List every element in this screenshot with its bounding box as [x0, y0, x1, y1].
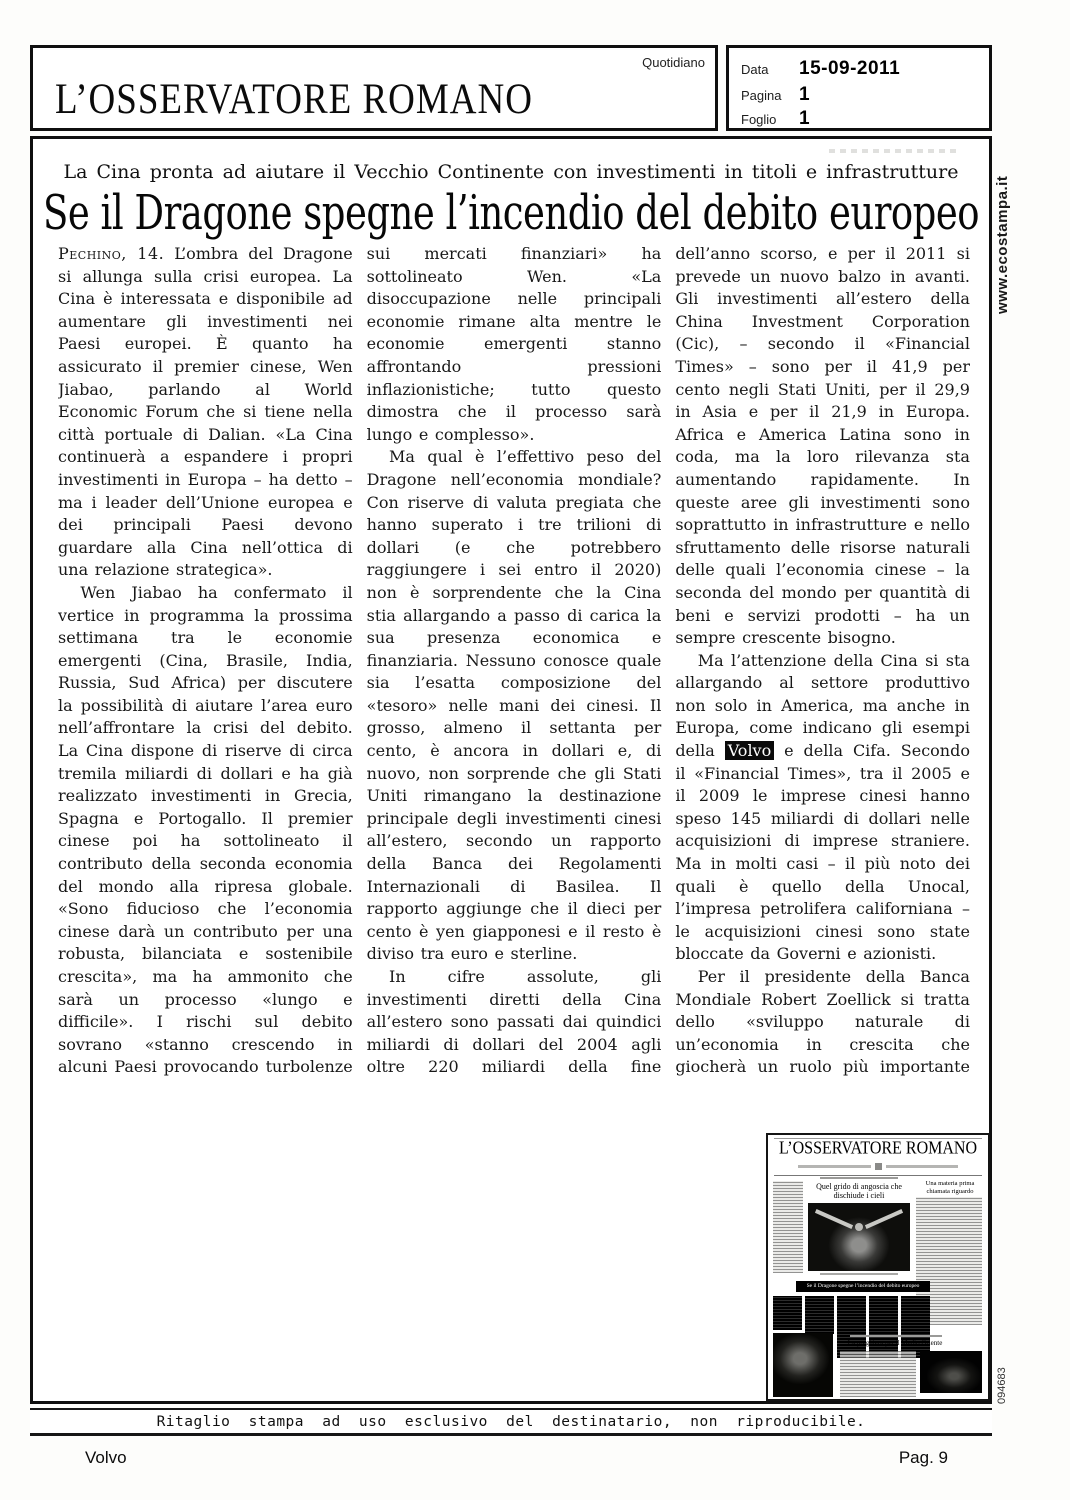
thumb-photo-bottom-left — [773, 1333, 833, 1397]
thumb-photo-bottom-right — [920, 1351, 982, 1393]
figure-arm — [865, 1209, 903, 1229]
dateline: Pechino, 14. — [58, 244, 164, 263]
thumb-kicker-line — [820, 1177, 898, 1179]
article-frame: La Cina pronta ad aiutare il Vecchio Con… — [30, 136, 992, 1404]
article-paragraph: Pechino, 14. L’ombra del Dragone si allu… — [58, 243, 353, 582]
clipping-code: 094683 — [996, 1352, 1014, 1404]
paragraph-text: e della Cifa. Secondo il «Financial Time… — [675, 741, 970, 963]
thumb-kicker-line — [850, 1335, 942, 1337]
volvo-highlight: Volvo — [725, 741, 775, 760]
press-clipping-page: Quotidiano L’OSSERVATORE ROMANO Data 15-… — [0, 0, 1070, 1500]
thumb-text-column — [840, 1351, 916, 1397]
thumb-masthead: L’OSSERVATORE ROMANO — [768, 1139, 988, 1160]
thumb-highlight-block — [773, 1296, 802, 1330]
thumb-highlight-block — [837, 1296, 866, 1358]
thumb-subheader-bar — [886, 1165, 959, 1168]
thumb-caption-line — [820, 1273, 898, 1275]
reproduction-notice: Ritaglio stampa ad uso esclusivo del des… — [30, 1408, 992, 1436]
figure-arm — [815, 1209, 853, 1229]
thumb-highlight-block — [901, 1296, 930, 1358]
paragraph-text: L’ombra del Dragone si allunga sulla cri… — [58, 244, 353, 579]
footer-client-name: Volvo — [85, 1448, 127, 1468]
data-value: 15-09-2011 — [799, 58, 900, 80]
thumb-rule — [774, 1175, 982, 1176]
scan-artifact — [829, 149, 959, 153]
newspaper-masthead: L’OSSERVATORE ROMANO — [55, 74, 533, 125]
meta-row-data: Data 15-09-2011 — [741, 58, 900, 80]
article-body: Pechino, 14. L’ombra del Dragone si allu… — [58, 243, 970, 1085]
meta-row-pagina: Pagina 1 — [741, 84, 810, 106]
data-label: Data — [741, 62, 799, 77]
meta-row-foglio: Foglio 1 — [741, 108, 810, 130]
article-paragraph: Ma l’attenzione della Cina si sta allarg… — [675, 650, 970, 966]
thumb-subheader — [798, 1161, 958, 1171]
masthead-box: Quotidiano L’OSSERVATORE ROMANO — [30, 45, 718, 131]
thumb-subheader-bar — [798, 1165, 871, 1168]
thumb-highlight-block — [805, 1296, 834, 1334]
thumb-highlighted-banner: Se il Dragone spegne l’incendio del debi… — [796, 1281, 930, 1292]
foglio-value: 1 — [799, 108, 810, 130]
ecostampa-watermark: www.ecostampa.it — [994, 140, 1020, 350]
article-paragraph: Ma qual è l’effettivo peso del Dragone n… — [367, 446, 662, 966]
frontpage-thumbnail: L’OSSERVATORE ROMANO Quel grido di angos… — [766, 1133, 990, 1401]
thumb-photo-figure — [808, 1203, 910, 1271]
pagina-label: Pagina — [741, 88, 799, 103]
thumb-headline-left: Quel grido di angoscia che dischiude i c… — [808, 1182, 910, 1200]
figure-head — [855, 1223, 863, 1231]
quotidiano-label: Quotidiano — [642, 55, 705, 70]
pagina-value: 1 — [799, 84, 810, 106]
article-headline: Se il Dragone spegne l’incendio del debi… — [33, 185, 989, 241]
footer-page-number: Pag. 9 — [899, 1448, 948, 1468]
thumb-headline-bottom: La preghiera per il Medio Oriente — [836, 1339, 954, 1347]
clipping-meta-box: Data 15-09-2011 Pagina 1 Foglio 1 — [726, 45, 992, 131]
article-kicker: La Cina pronta ad aiutare il Vecchio Con… — [33, 161, 989, 183]
thumb-headline-right: Una materia prima chiamata riguardo — [918, 1180, 982, 1195]
thumb-highlight-block — [869, 1296, 898, 1358]
foglio-label: Foglio — [741, 112, 799, 127]
papal-emblem-icon — [875, 1163, 882, 1170]
thumb-text-column — [773, 1181, 803, 1273]
